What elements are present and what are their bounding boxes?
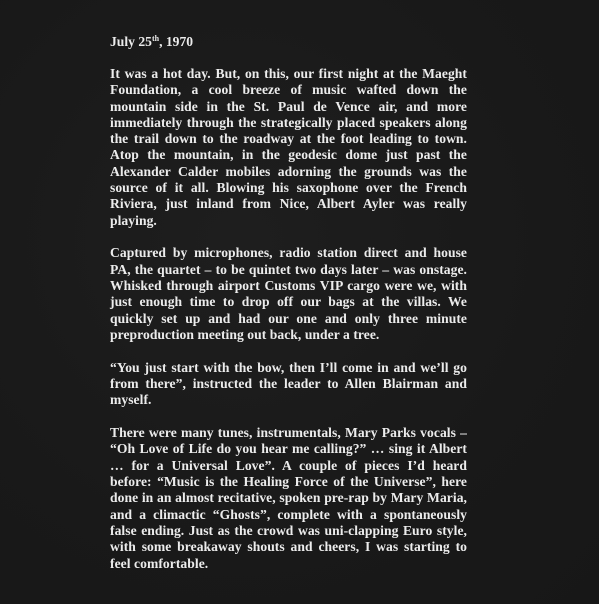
paragraph-captured: Captured by microphones, radio station d… bbox=[110, 245, 467, 343]
paragraph-hot-day: It was a hot day. But, on this, our firs… bbox=[110, 66, 467, 229]
date-month-day: July 25 bbox=[110, 34, 152, 49]
liner-notes-text: July 25th, 1970 It was a hot day. But, o… bbox=[110, 34, 467, 588]
date-heading: July 25th, 1970 bbox=[110, 34, 467, 50]
paragraph-quote: “You just start with the bow, then I’ll … bbox=[110, 360, 467, 409]
date-ordinal-suffix: th bbox=[152, 34, 159, 43]
date-year: , 1970 bbox=[159, 34, 193, 49]
document-page: July 25th, 1970 It was a hot day. But, o… bbox=[0, 0, 599, 604]
paragraph-many-tunes: There were many tunes, instrumentals, Ma… bbox=[110, 425, 467, 572]
